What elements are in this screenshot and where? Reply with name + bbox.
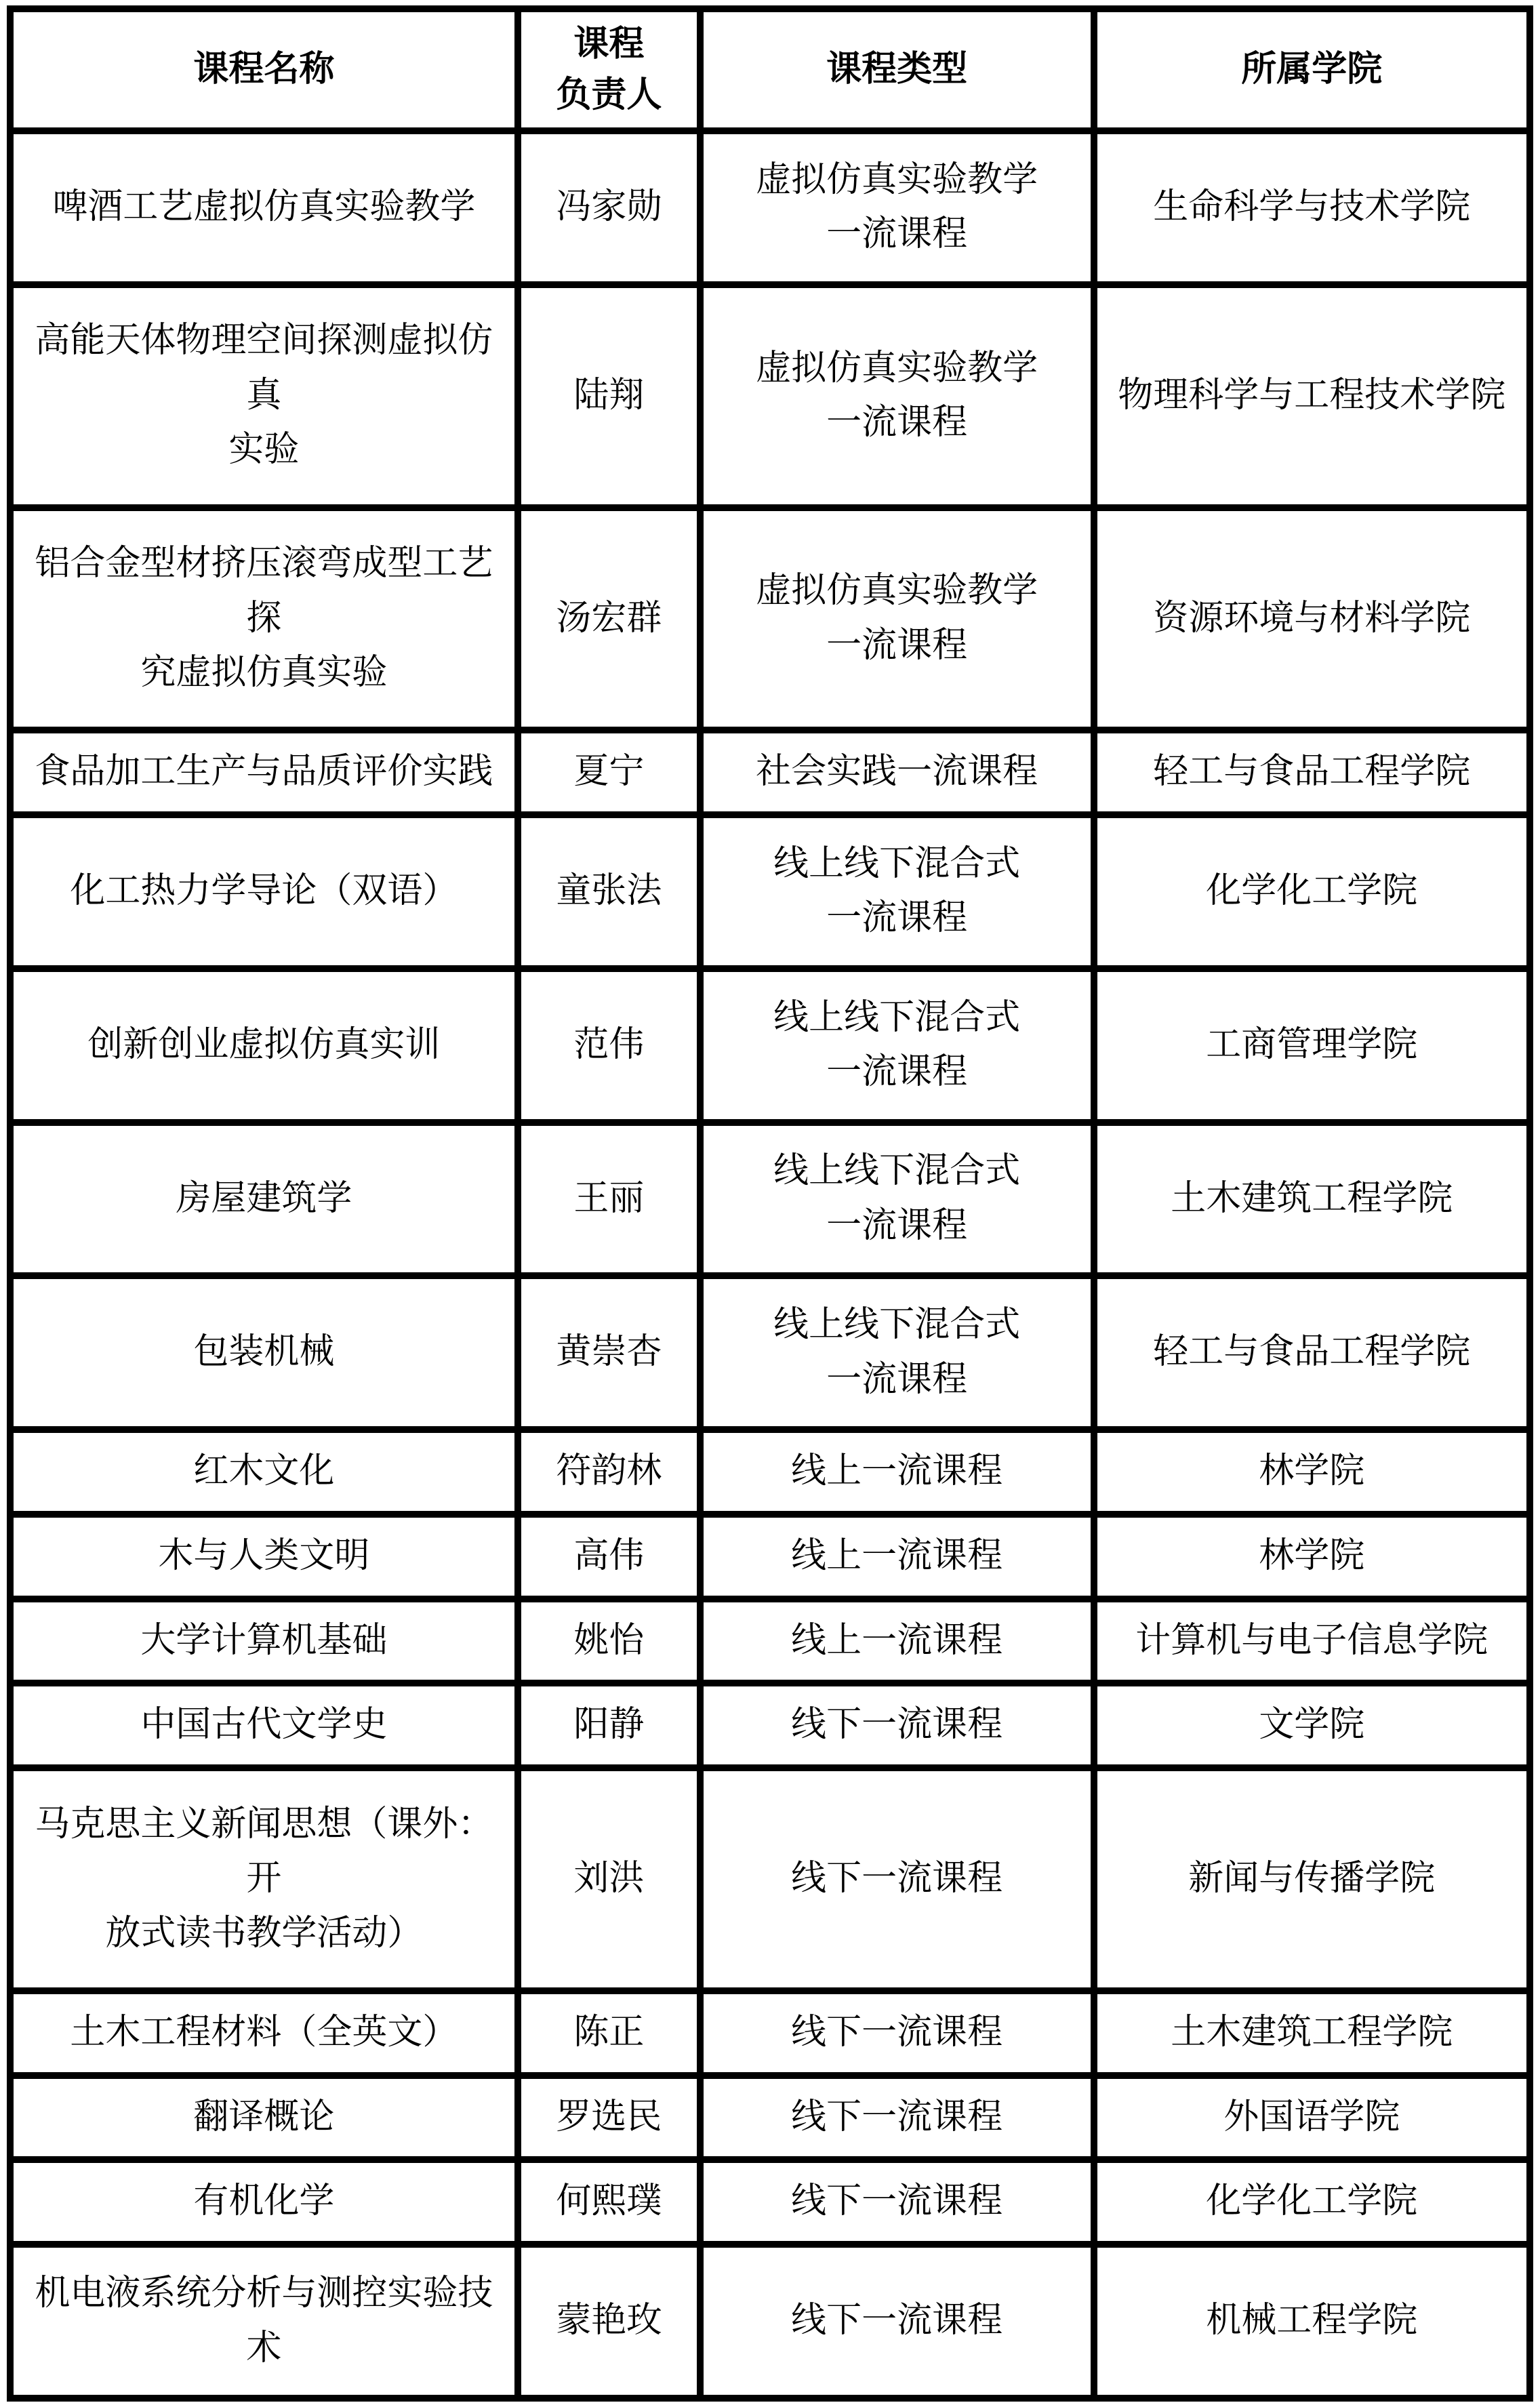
college-cell: 化学化工学院 [1094,2160,1530,2244]
course-type-cell: 线下一流课程 [700,2244,1094,2398]
course-type-cell: 线下一流课程 [700,2076,1094,2160]
course-leader-cell: 刘洪 [518,1768,700,1991]
college-cell: 生命科学与技术学院 [1094,131,1530,285]
course-table: 课程名称 课程 负责人 课程类型 所属学院 啤酒工艺虚拟仿真实验教学冯家勋虚拟仿… [7,5,1533,2402]
table-row: 中国古代文学史阳静线下一流课程文学院 [10,1683,1530,1768]
header-college: 所属学院 [1094,9,1530,131]
course-type-cell: 线上线下混合式 一流课程 [700,969,1094,1122]
course-leader-cell: 王丽 [518,1122,700,1276]
course-name-cell: 啤酒工艺虚拟仿真实验教学 [10,131,518,285]
college-cell: 文学院 [1094,1683,1530,1768]
course-type-cell: 线下一流课程 [700,1683,1094,1768]
course-leader-cell: 陆翔 [518,285,700,508]
college-cell: 轻工与食品工程学院 [1094,730,1530,815]
course-leader-cell: 蒙艳玫 [518,2244,700,2398]
college-cell: 工商管理学院 [1094,969,1530,1122]
course-leader-cell: 何熙璞 [518,2160,700,2244]
table-row: 马克思主义新闻思想（课外：开 放式读书教学活动）刘洪线下一流课程新闻与传播学院 [10,1768,1530,1991]
course-type-cell: 线上一流课程 [700,1599,1094,1684]
college-cell: 机械工程学院 [1094,2244,1530,2398]
table-row: 房屋建筑学王丽线上线下混合式 一流课程土木建筑工程学院 [10,1122,1530,1276]
course-leader-cell: 范伟 [518,969,700,1122]
course-name-cell: 马克思主义新闻思想（课外：开 放式读书教学活动） [10,1768,518,1991]
table-row: 食品加工生产与品质评价实践夏宁社会实践一流课程轻工与食品工程学院 [10,730,1530,815]
course-name-cell: 食品加工生产与品质评价实践 [10,730,518,815]
course-type-cell: 线上线下混合式 一流课程 [700,1122,1094,1276]
college-cell: 外国语学院 [1094,2076,1530,2160]
header-row: 课程名称 课程 负责人 课程类型 所属学院 [10,9,1530,131]
college-cell: 物理科学与工程技术学院 [1094,285,1530,508]
course-name-cell: 铝合金型材挤压滚弯成型工艺探 究虚拟仿真实验 [10,508,518,731]
table-row: 包装机械黄崇杏线上线下混合式 一流课程轻工与食品工程学院 [10,1276,1530,1430]
table-row: 土木工程材料（全英文）陈正线下一流课程土木建筑工程学院 [10,1991,1530,2076]
course-leader-cell: 汤宏群 [518,508,700,731]
table-row: 有机化学何熙璞线下一流课程化学化工学院 [10,2160,1530,2244]
header-course-leader: 课程 负责人 [518,9,700,131]
course-leader-cell: 高伟 [518,1514,700,1599]
course-name-cell: 翻译概论 [10,2076,518,2160]
course-name-cell: 大学计算机基础 [10,1599,518,1684]
course-name-cell: 中国古代文学史 [10,1683,518,1768]
course-name-cell: 红木文化 [10,1430,518,1514]
course-name-cell: 高能天体物理空间探测虚拟仿真 实验 [10,285,518,508]
course-name-cell: 机电液系统分析与测控实验技术 [10,2244,518,2398]
table-row: 高能天体物理空间探测虚拟仿真 实验陆翔虚拟仿真实验教学 一流课程物理科学与工程技… [10,285,1530,508]
course-leader-cell: 符韵林 [518,1430,700,1514]
course-name-cell: 创新创业虚拟仿真实训 [10,969,518,1122]
table-row: 红木文化符韵林线上一流课程林学院 [10,1430,1530,1514]
table-row: 化工热力学导论（双语）童张法线上线下混合式 一流课程化学化工学院 [10,815,1530,969]
college-cell: 资源环境与材料学院 [1094,508,1530,731]
header-course-name: 课程名称 [10,9,518,131]
course-name-cell: 化工热力学导论（双语） [10,815,518,969]
table-row: 啤酒工艺虚拟仿真实验教学冯家勋虚拟仿真实验教学 一流课程生命科学与技术学院 [10,131,1530,285]
document-page: 课程名称 课程 负责人 课程类型 所属学院 啤酒工艺虚拟仿真实验教学冯家勋虚拟仿… [0,0,1540,2407]
course-type-cell: 线下一流课程 [700,1768,1094,1991]
table-row: 木与人类文明高伟线上一流课程林学院 [10,1514,1530,1599]
course-table-header: 课程名称 课程 负责人 课程类型 所属学院 [10,9,1530,131]
course-leader-cell: 黄崇杏 [518,1276,700,1430]
header-course-type: 课程类型 [700,9,1094,131]
course-name-cell: 有机化学 [10,2160,518,2244]
course-type-cell: 虚拟仿真实验教学 一流课程 [700,508,1094,731]
course-type-cell: 线下一流课程 [700,1991,1094,2076]
course-name-cell: 木与人类文明 [10,1514,518,1599]
course-leader-cell: 阳静 [518,1683,700,1768]
table-row: 创新创业虚拟仿真实训范伟线上线下混合式 一流课程工商管理学院 [10,969,1530,1122]
table-row: 铝合金型材挤压滚弯成型工艺探 究虚拟仿真实验汤宏群虚拟仿真实验教学 一流课程资源… [10,508,1530,731]
course-type-cell: 线上一流课程 [700,1514,1094,1599]
course-type-cell: 线上线下混合式 一流课程 [700,1276,1094,1430]
table-row: 大学计算机基础姚怡线上一流课程计算机与电子信息学院 [10,1599,1530,1684]
course-leader-cell: 童张法 [518,815,700,969]
course-leader-cell: 夏宁 [518,730,700,815]
course-type-cell: 线上线下混合式 一流课程 [700,815,1094,969]
college-cell: 土木建筑工程学院 [1094,1991,1530,2076]
course-type-cell: 线上一流课程 [700,1430,1094,1514]
course-table-body: 啤酒工艺虚拟仿真实验教学冯家勋虚拟仿真实验教学 一流课程生命科学与技术学院高能天… [10,131,1530,2398]
course-leader-cell: 陈正 [518,1991,700,2076]
college-cell: 轻工与食品工程学院 [1094,1276,1530,1430]
course-type-cell: 线下一流课程 [700,2160,1094,2244]
course-leader-cell: 罗选民 [518,2076,700,2160]
table-row: 机电液系统分析与测控实验技术蒙艳玫线下一流课程机械工程学院 [10,2244,1530,2398]
course-name-cell: 包装机械 [10,1276,518,1430]
college-cell: 化学化工学院 [1094,815,1530,969]
course-name-cell: 土木工程材料（全英文） [10,1991,518,2076]
college-cell: 土木建筑工程学院 [1094,1122,1530,1276]
course-name-cell: 房屋建筑学 [10,1122,518,1276]
course-type-cell: 虚拟仿真实验教学 一流课程 [700,131,1094,285]
course-leader-cell: 冯家勋 [518,131,700,285]
college-cell: 计算机与电子信息学院 [1094,1599,1530,1684]
college-cell: 林学院 [1094,1430,1530,1514]
college-cell: 林学院 [1094,1514,1530,1599]
course-leader-cell: 姚怡 [518,1599,700,1684]
table-row: 翻译概论罗选民线下一流课程外国语学院 [10,2076,1530,2160]
course-type-cell: 虚拟仿真实验教学 一流课程 [700,285,1094,508]
college-cell: 新闻与传播学院 [1094,1768,1530,1991]
course-type-cell: 社会实践一流课程 [700,730,1094,815]
